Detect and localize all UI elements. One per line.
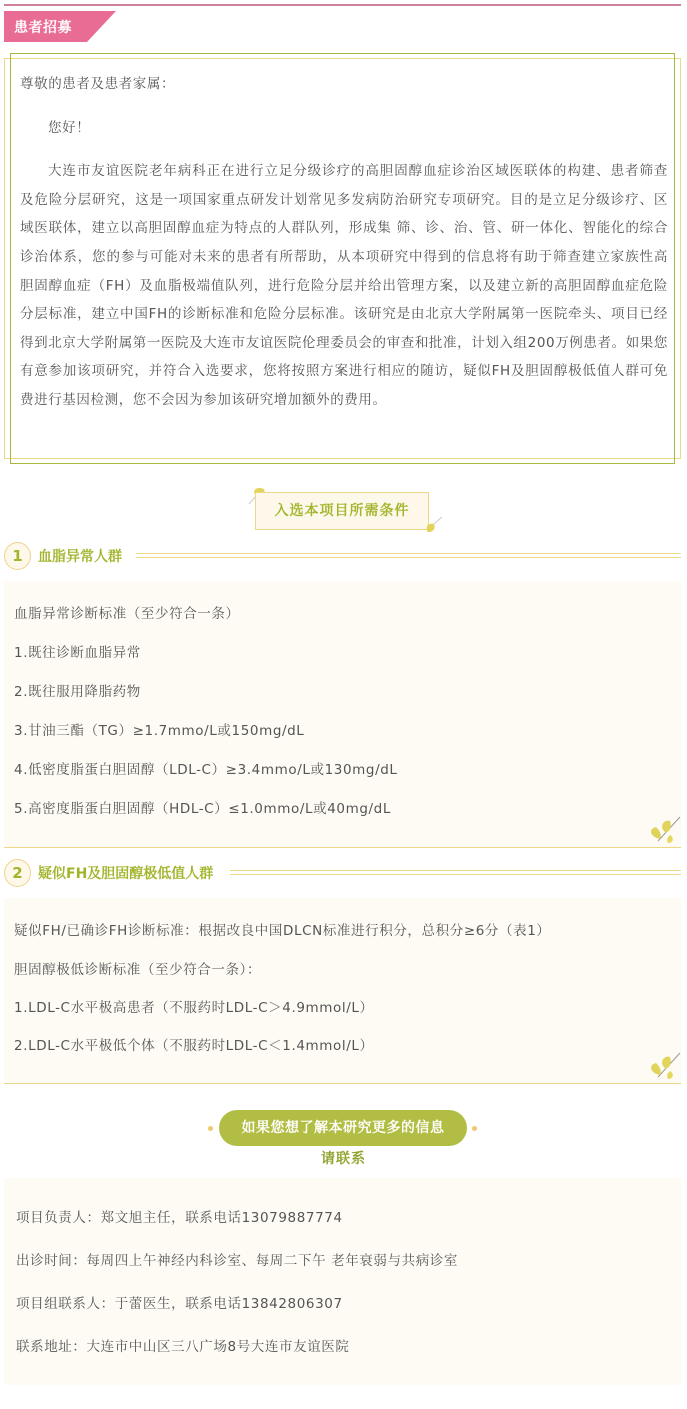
salutation: 尊敬的患者及患者家属： [20,70,668,99]
intro-letter: 尊敬的患者及患者家属： 您好！ 大连市友谊医院老年病科正在进行立足分级诊疗的高胆… [20,70,668,415]
criteria-line: 1.LDL-C水平极高患者（不服药时LDL-C＞4.9mmol/L） [14,996,374,1016]
section-number-badge: 1 [4,542,31,570]
section-number-badge: 2 [4,859,31,887]
criteria-line: 血脂异常诊断标准（至少符合一条） [14,602,240,622]
top-divider [4,4,681,6]
contact-panel: 项目负责人：郑文旭主任，联系电话13079887774 出诊时间：每周四上午神经… [4,1178,681,1385]
contact-line: 出诊时间：每周四上午神经内科诊室、每周二下午 老年衰弱与共病诊室 [16,1249,458,1269]
contact-line: 项目组联系人：于蕾医生，联系电话13842806307 [16,1292,343,1312]
contact-line: 联系地址：大连市中山区三八广场8号大连市友谊医院 [16,1335,350,1355]
ginkgo-leaf-icon [422,514,444,534]
criteria-line: 疑似FH/已确诊FH诊断标准：根据改良中国DLCN标准进行积分，总积分≥6分（表… [14,919,551,939]
criteria-line: 1.既往诊断血脂异常 [14,641,141,661]
contact-line: 项目负责人：郑文旭主任，联系电话13079887774 [16,1206,343,1226]
greeting: 您好！ [20,114,668,143]
decorative-dot [208,1126,213,1131]
criteria-line: 2.LDL-C水平极低个体（不服药时LDL-C＜1.4mmol/L） [14,1034,374,1054]
section-2-header: 2 疑似FH及胆固醇极低值人群 [4,859,681,889]
section-1-panel: 血脂异常诊断标准（至少符合一条） 1.既往诊断血脂异常 2.既往服用降脂药物 3… [4,581,681,848]
decorative-dot [472,1126,477,1131]
section-tag: 患者招募 [4,11,116,42]
criteria-line: 3.甘油三酯（TG）≥1.7mmo/L或150mg/dL [14,719,304,739]
criteria-line: 2.既往服用降脂药物 [14,680,141,700]
contact-subheading: 请联系 [0,1148,687,1168]
section-2-panel: 疑似FH/已确诊FH诊断标准：根据改良中国DLCN标准进行积分，总积分≥6分（表… [4,898,681,1084]
section-1-header: 1 血脂异常人群 [4,542,681,572]
intro-body: 大连市友谊医院老年病科正在进行立足分级诊疗的高胆固醇血症诊治区域医联体的构建、患… [20,157,668,414]
criteria-line: 4.低密度脂蛋白胆固醇（LDL-C）≥3.4mmo/L或130mg/dL [14,758,398,778]
criteria-line: 胆固醇极低诊断标准（至少符合一条）： [14,958,261,978]
tag-label: 患者招募 [14,17,72,37]
ginkgo-branch-icon [644,1049,681,1083]
section-title: 血脂异常人群 [38,546,122,566]
section-divider [230,870,681,875]
criteria-line: 5.高密度脂蛋白胆固醇（HDL-C）≤1.0mmo/L或40mg/dL [14,797,391,817]
section-title: 疑似FH及胆固醇极低值人群 [38,863,213,883]
section-divider [136,553,681,558]
contact-heading-pill: 如果您想了解本研究更多的信息 [219,1110,467,1146]
conditions-title: 入选本项目所需条件 [255,492,429,530]
ginkgo-branch-icon [644,813,681,847]
